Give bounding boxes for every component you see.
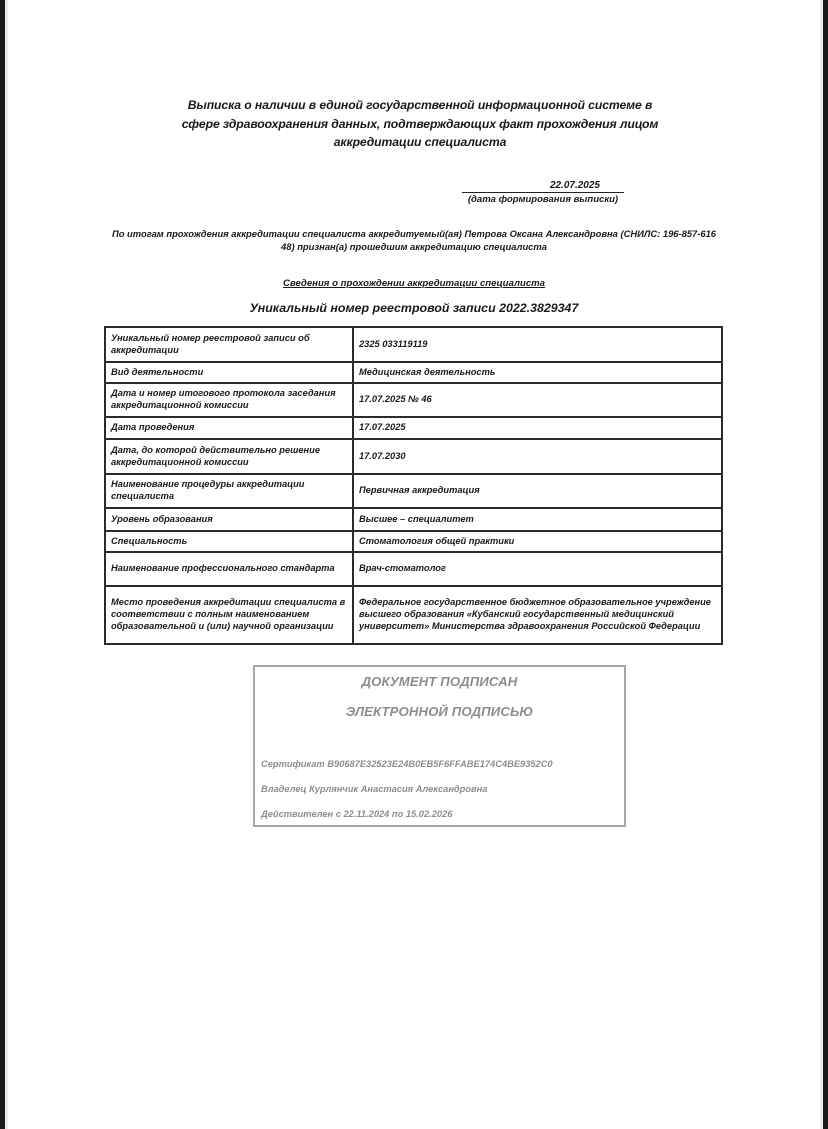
row-value: 17.07.2025 — [353, 417, 722, 439]
signature-validity: Действителен с 22.11.2024 по 15.02.2026 — [261, 808, 452, 820]
issue-date-caption: (дата формирования выписки) — [462, 193, 624, 206]
table-row: Наименование процедуры аккредитации спец… — [105, 474, 722, 508]
row-label: Наименование профессионального стандарта — [105, 552, 353, 586]
row-value: 2325 033119119 — [353, 327, 722, 362]
registry-number-heading: Уникальный номер реестровой записи 2022.… — [104, 300, 724, 316]
document-title: Выписка о наличии в единой государственн… — [180, 96, 660, 152]
table-row: Дата и номер итогового протокола заседан… — [105, 383, 722, 417]
row-value: Первичная аккредитация — [353, 474, 722, 508]
row-label: Вид деятельности — [105, 362, 353, 383]
row-value: Врач-стоматолог — [353, 552, 722, 586]
row-label: Дата, до которой действительно решение а… — [105, 439, 353, 474]
table-row: Дата проведения 17.07.2025 — [105, 417, 722, 439]
row-label: Дата проведения — [105, 417, 353, 439]
table-row: Уникальный номер реестровой записи об ак… — [105, 327, 722, 362]
electronic-signature-stamp: ДОКУМЕНТ ПОДПИСАН ЭЛЕКТРОННОЙ ПОДПИСЬЮ С… — [253, 665, 626, 827]
issue-date: 22.07.2025 — [462, 179, 624, 193]
row-value: 17.07.2030 — [353, 439, 722, 474]
table-row: Уровень образования Высшее – специалитет — [105, 508, 722, 531]
issue-date-value: 22.07.2025 — [550, 179, 600, 192]
row-label: Уникальный номер реестровой записи об ак… — [105, 327, 353, 362]
accreditation-info-table: Уникальный номер реестровой записи об ак… — [104, 326, 723, 645]
row-label: Место проведения аккредитации специалист… — [105, 586, 353, 644]
table-row: Наименование профессионального стандарта… — [105, 552, 722, 586]
section-heading: Сведения о прохождении аккредитации спец… — [104, 277, 724, 290]
row-label: Специальность — [105, 531, 353, 552]
table-row: Дата, до которой действительно решение а… — [105, 439, 722, 474]
row-value: 17.07.2025 № 46 — [353, 383, 722, 417]
issue-date-block: 22.07.2025 (дата формирования выписки) — [462, 179, 624, 206]
row-value: Высшее – специалитет — [353, 508, 722, 531]
row-label: Наименование процедуры аккредитации спец… — [105, 474, 353, 508]
row-value: Федеральное государственное бюджетное об… — [353, 586, 722, 644]
table-row: Специальность Стоматология общей практик… — [105, 531, 722, 552]
accreditation-result-text: По итогам прохождения аккредитации специ… — [104, 227, 724, 253]
row-label: Уровень образования — [105, 508, 353, 531]
signature-title-line2: ЭЛЕКТРОННОЙ ПОДПИСЬЮ — [255, 704, 624, 720]
table-row: Вид деятельности Медицинская деятельност… — [105, 362, 722, 383]
row-value: Медицинская деятельность — [353, 362, 722, 383]
row-label: Дата и номер итогового протокола заседан… — [105, 383, 353, 417]
table-row: Место проведения аккредитации специалист… — [105, 586, 722, 644]
row-value: Стоматология общей практики — [353, 531, 722, 552]
signature-owner: Владелец Курлянчик Анастасия Александров… — [261, 783, 487, 795]
signature-certificate: Сертификат B90687E32523E24B0EB5F6FFABE17… — [261, 758, 553, 770]
signature-title-line1: ДОКУМЕНТ ПОДПИСАН — [255, 674, 624, 690]
viewer-edge-right — [823, 0, 828, 1129]
